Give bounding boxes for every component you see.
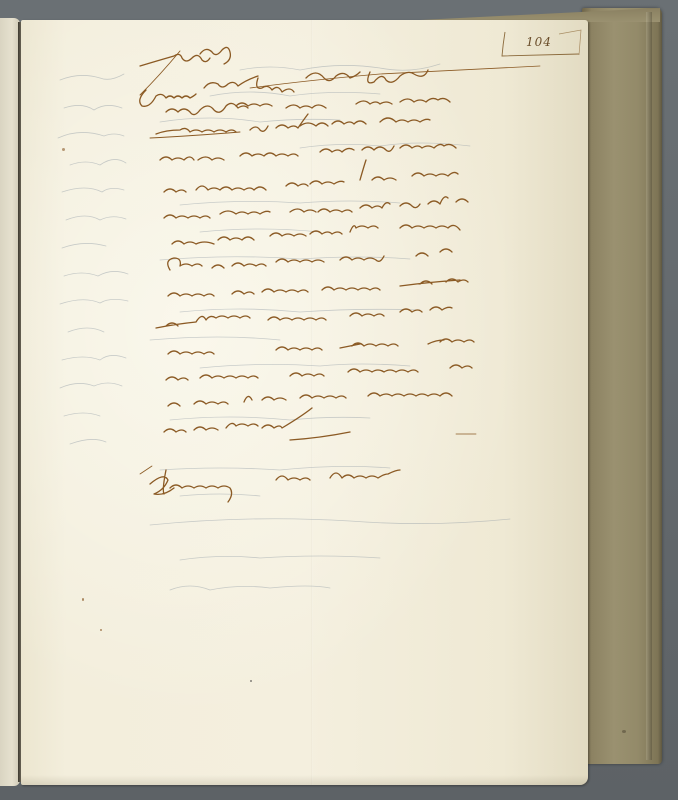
text-line: sro · respd ed is · an nolis · fuad tedr… xyxy=(150,188,170,189)
page-fold-line xyxy=(311,20,313,785)
folio-number-label: 104 xyxy=(497,28,589,62)
text-line: na one · gredti · ad danat · ne ep xyxy=(150,349,167,350)
text-line: jerardini · Comms · fut esob · fat · dq … xyxy=(150,215,172,216)
text-line: ho at piteragh · pyr · pad sernanne · no xyxy=(150,377,170,378)
text-line: dicto notre arrsaunt · comp · besij · le… xyxy=(150,157,172,158)
page-bottom-edge xyxy=(21,775,588,785)
foxing-stain xyxy=(250,680,252,682)
text-line: ferdant · dict · gerardini · obsernad · … xyxy=(150,293,171,294)
facing-page-edge xyxy=(0,18,20,786)
foxing-stain xyxy=(82,598,84,601)
text-line: ul jena · f · iuri · Snppo · pro ressad … xyxy=(150,402,170,403)
closing-signature: Besoing dicto Edmis xyxy=(150,478,160,479)
folio-number: 104 xyxy=(526,35,552,49)
vellum-fold-shadow xyxy=(646,12,652,760)
heading-text: Dñe dicti xyxy=(150,56,155,57)
text-line: abit amaren · et · sic bap tems pauray xyxy=(150,130,169,131)
text-line: Computer Cesar · pretre phvete · set xyxy=(150,80,169,81)
foxing-stain xyxy=(100,629,102,631)
text-line: Edant · & · d · ons · assto parray · en … xyxy=(150,267,170,268)
vellum-spot xyxy=(622,730,626,733)
manuscript-scan: 104 xyxy=(0,0,678,800)
text-line: Dni me biot ne xyxy=(150,427,157,428)
folio-page: 104 xyxy=(21,20,588,785)
text-line: addit · porit · pter dicto lisio a signr… xyxy=(150,242,170,243)
text-line: vincente godini · ne sce pp · · Suo Jnt xyxy=(150,104,169,105)
foxing-stain xyxy=(62,148,65,151)
text-line: cav si Oneneur · pnodtu ageo · et pe xyxy=(150,322,168,323)
